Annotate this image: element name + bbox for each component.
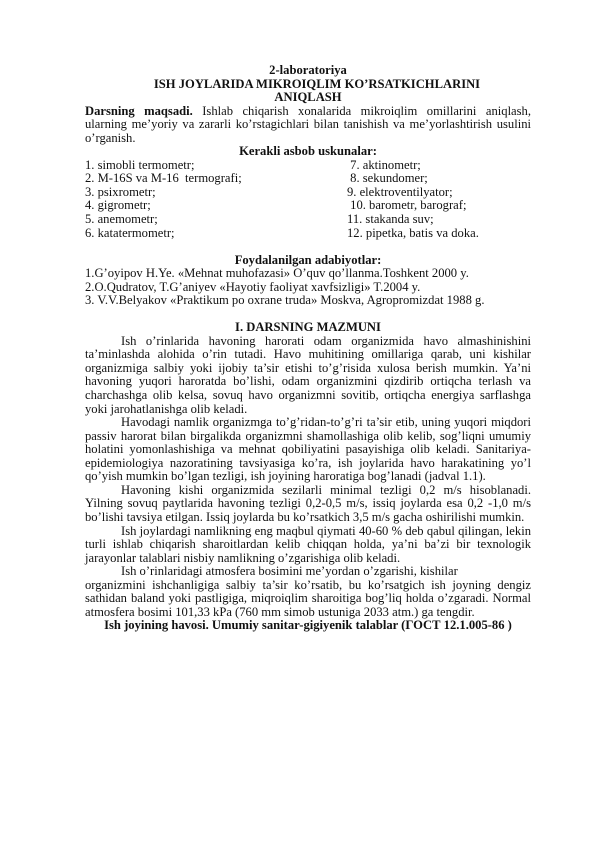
equipment-item: 4. gigrometr;: [85, 199, 347, 213]
body-paragraph: Ish o’rinlarida havoning harorati odam o…: [85, 335, 531, 416]
spacer: [85, 240, 531, 254]
body-paragraph: organizmini ishchanligiga salbiy ta’sir …: [85, 579, 531, 620]
equipment-item: 7. aktinometr;: [347, 159, 531, 173]
document-title-line1: ISH JOYLARIDA MIKROIQLIM KO’RSATKICHLARI…: [85, 78, 531, 92]
equipment-item: 6. katatermometr;: [85, 227, 347, 241]
document-page: 2-laboratoriya ISH JOYLARIDA MIKROIQLIM …: [85, 64, 531, 633]
equipment-left-column: 1. simobli termometr; 2. M-16S va M-16 t…: [85, 159, 347, 240]
reference-item: 2.O.Qudratov, T.G’aniyev «Hayotiy faoliy…: [85, 281, 531, 295]
body-paragraph: Ish joylardagi namlikning eng maqbul qiy…: [85, 525, 531, 566]
body-paragraph: Havoning kishi organizmida sezilarli min…: [85, 484, 531, 525]
references-list: 1.G’oyipov H.Ye. «Mehnat muhofazasi» O’q…: [85, 267, 531, 308]
purpose-paragraph: Darsning maqsadi. Ishlab chiqarish xonal…: [85, 105, 531, 146]
reference-item: 1.G’oyipov H.Ye. «Mehnat muhofazasi» O’q…: [85, 267, 531, 281]
subsection-heading: Ish joyining havosi. Umumiy sanitar-gigi…: [85, 619, 531, 633]
document-title-line2: ANIQLASH: [85, 91, 531, 105]
body-paragraph: Ish o’rinlaridagi atmosfera bosimini me’…: [85, 565, 531, 579]
purpose-label: Darsning maqsadi.: [85, 104, 193, 118]
equipment-list: 1. simobli termometr; 2. M-16S va M-16 t…: [85, 159, 531, 240]
equipment-right-column: 7. aktinometr; 8. sekundomer; 9. elektro…: [347, 159, 531, 240]
equipment-item: 10. barometr, barograf;: [347, 199, 531, 213]
equipment-item: 1. simobli termometr;: [85, 159, 347, 173]
equipment-item: 9. elektroventilyator;: [347, 186, 531, 200]
equipment-item: 11. stakanda suv;: [347, 213, 531, 227]
equipment-item: 5. anemometr;: [85, 213, 347, 227]
equipment-item: 3. psixrometr;: [85, 186, 347, 200]
body-paragraph: Havodagi namlik organizmga to’g’ridan-to…: [85, 416, 531, 484]
equipment-item: 8. sekundomer;: [347, 172, 531, 186]
equipment-item: 2. M-16S va M-16 termografi;: [85, 172, 347, 186]
equipment-heading: Kerakli asbob uskunalar:: [85, 145, 531, 159]
reference-item: 3. V.V.Belyakov «Praktikum po oxrane tru…: [85, 294, 531, 308]
equipment-item: 12. pipetka, batis va doka.: [347, 227, 531, 241]
references-heading: Foydalanilgan adabiyotlar:: [85, 254, 531, 268]
lab-number: 2-laboratoriya: [85, 64, 531, 78]
spacer: [85, 308, 531, 322]
section-heading: I. DARSNING MAZMUNI: [85, 321, 531, 335]
